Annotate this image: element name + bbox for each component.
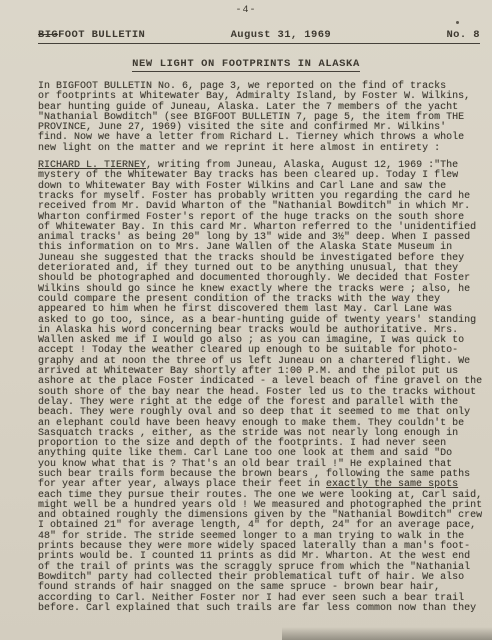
page-number: -4- (0, 0, 492, 16)
scan-speck (456, 21, 459, 24)
article-title-row: NEW LIGHT ON FOOTPRINTS IN ALASKA (0, 53, 492, 71)
paragraph-tierney-letter: RICHARD L. TIERNEY, writing from Juneau,… (38, 161, 492, 614)
issue-date: August 31, 1969 (231, 29, 332, 41)
newsletter-title: BIGFOOT BULLETIN (38, 29, 145, 41)
masthead-row: BIGFOOT BULLETIN August 31, 1969 No. 8 (38, 29, 480, 44)
article-title: NEW LIGHT ON FOOTPRINTS IN ALASKA (132, 58, 360, 72)
document-page: -4- BIGFOOT BULLETIN August 31, 1969 No.… (0, 0, 492, 640)
scan-edge-shadow (282, 627, 492, 640)
issue-number: No. 8 (446, 29, 480, 41)
paragraph-intro: In BIGFOOT BULLETIN No. 6, page 3, we re… (38, 82, 492, 154)
